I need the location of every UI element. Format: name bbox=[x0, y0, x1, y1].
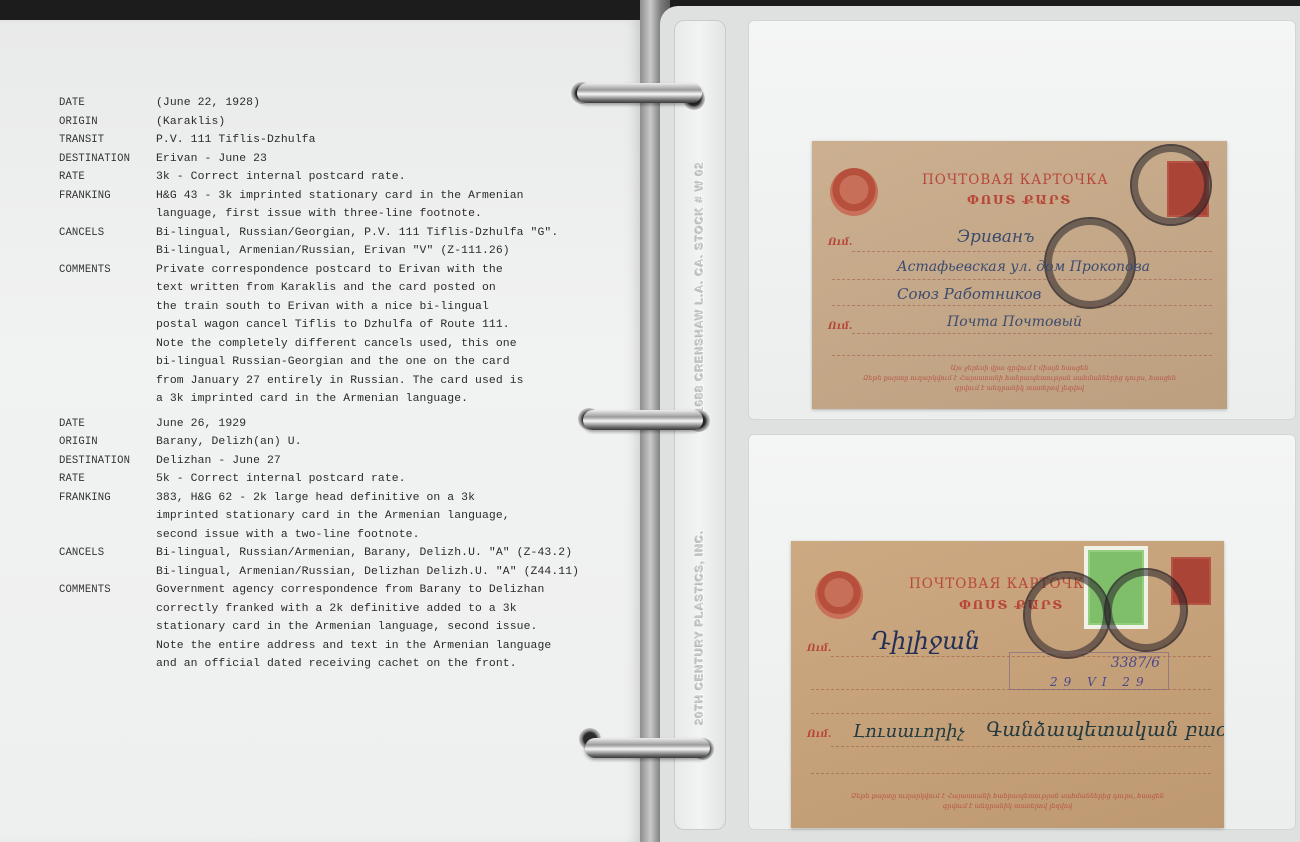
card-title-russian: ПОЧТОВАЯ КАРТОЧКА bbox=[922, 172, 1109, 188]
address-line bbox=[811, 713, 1211, 714]
postmark-tiflis-dzhulfa bbox=[1130, 144, 1212, 226]
field-value: Government agency correspondence from Ba… bbox=[156, 581, 619, 674]
field-label: ORIGIN bbox=[59, 113, 156, 132]
handwritten-address: Эриванъ bbox=[957, 227, 1034, 247]
field-value: 383, H&G 62 - 2k large head definitive o… bbox=[156, 489, 619, 545]
address-line bbox=[852, 251, 1212, 252]
field-label: FRANKING bbox=[59, 187, 156, 224]
card-footnote: Ձեթե քարտը ուղարկվում է Հայաստանի հանրապ… bbox=[791, 791, 1224, 811]
writeup-field-comments: COMMENTSPrivate correspondence postcard … bbox=[59, 261, 619, 409]
writeup-entry: DATE(June 22, 1928)ORIGIN(Karaklis)TRANS… bbox=[59, 94, 619, 409]
writeup-field-cancels: CANCELSBi-lingual, Russian/Armenian, Bar… bbox=[59, 544, 619, 581]
writeup-field-date: DATE(June 22, 1928) bbox=[59, 94, 619, 113]
writeup-field-transit: TRANSITP.V. 111 Tiflis-Dzhulfa bbox=[59, 131, 619, 150]
binder-ring-bottom[interactable] bbox=[585, 738, 710, 758]
field-value: Private correspondence postcard to Eriva… bbox=[156, 261, 619, 409]
writeup-field-franking: FRANKINGH&G 43 - 3k imprinted stationary… bbox=[59, 187, 619, 224]
field-label-from: Ում. bbox=[807, 729, 831, 740]
cachet-date: 29 VI 29 bbox=[1050, 675, 1150, 689]
field-label-from: Ում. bbox=[828, 321, 852, 332]
field-value: (June 22, 1928) bbox=[156, 94, 619, 113]
writeup-entry: DATEJune 26, 1929ORIGINBarany, Delizh(an… bbox=[59, 415, 619, 674]
sleeve-imprint-bottom: 20TH CENTURY PLASTICS, INC. bbox=[694, 529, 706, 724]
field-value: Bi-lingual, Russian/Armenian, Barany, De… bbox=[156, 544, 619, 581]
field-value: June 26, 1929 bbox=[156, 415, 619, 434]
field-label: CANCELS bbox=[59, 544, 156, 581]
handwritten-sender: Почта Почтовый bbox=[947, 314, 1082, 330]
field-value: Bi-lingual, Russian/Georgian, P.V. 111 T… bbox=[156, 224, 619, 261]
field-label: FRANKING bbox=[59, 489, 156, 545]
writeup-field-origin: ORIGIN(Karaklis) bbox=[59, 113, 619, 132]
address-line bbox=[852, 333, 1212, 334]
handwritten-address: Астафьевская ул. дом Прокопова bbox=[897, 259, 1150, 275]
writeup-field-destination: DESTINATIONErivan - June 23 bbox=[59, 150, 619, 169]
writeup-field-rate: RATE3k - Correct internal postcard rate. bbox=[59, 168, 619, 187]
writeup-field-rate: RATE5k - Correct internal postcard rate. bbox=[59, 470, 619, 489]
postmark-delizhan bbox=[1023, 571, 1111, 659]
receiving-cachet: 3387/6 29 VI 29 bbox=[1009, 652, 1169, 690]
writeup-field-date: DATEJune 26, 1929 bbox=[59, 415, 619, 434]
card-title-armenian: ՓՈՍՏ ՔԱՐՏ bbox=[967, 192, 1072, 207]
field-label: RATE bbox=[59, 168, 156, 187]
address-line bbox=[832, 355, 1212, 356]
field-value: P.V. 111 Tiflis-Dzhulfa bbox=[156, 131, 619, 150]
field-value: Erivan - June 23 bbox=[156, 150, 619, 169]
handwritten-address: Союз Работников bbox=[897, 285, 1041, 303]
address-line bbox=[832, 305, 1212, 306]
writeup-text: DATE(June 22, 1928)ORIGIN(Karaklis)TRANS… bbox=[59, 94, 619, 680]
field-label: ORIGIN bbox=[59, 433, 156, 452]
writeup-page: DATE(June 22, 1928)ORIGIN(Karaklis)TRANS… bbox=[0, 20, 640, 842]
handwritten-sender: Գանձապետական բաժ bbox=[986, 717, 1224, 741]
ussr-emblem-icon bbox=[830, 168, 878, 216]
field-label: RATE bbox=[59, 470, 156, 489]
writeup-field-franking: FRANKING383, H&G 62 - 2k large head defi… bbox=[59, 489, 619, 545]
field-label: CANCELS bbox=[59, 224, 156, 261]
field-label-to: Ում. bbox=[807, 643, 831, 654]
field-value: (Karaklis) bbox=[156, 113, 619, 132]
field-label: DATE bbox=[59, 94, 156, 113]
binder-ring-top[interactable] bbox=[577, 83, 702, 103]
address-line bbox=[832, 279, 1212, 280]
binder-ring-middle[interactable] bbox=[583, 410, 703, 430]
field-value: H&G 43 - 3k imprinted stationary card in… bbox=[156, 187, 619, 224]
postmark-barany bbox=[1104, 568, 1188, 652]
handwritten-sender: Լուսաւորիչ bbox=[853, 721, 964, 742]
writeup-field-destination: DESTINATIONDelizhan - June 27 bbox=[59, 452, 619, 471]
postcard-1928[interactable]: ПОЧТОВАЯ КАРТОЧКА ՓՈՍՏ ՔԱՐՏ Ում. Ում. Эр… bbox=[812, 141, 1227, 409]
cachet-number: 3387/6 bbox=[1111, 655, 1160, 671]
field-value: Barany, Delizh(an) U. bbox=[156, 433, 619, 452]
field-label: DESTINATION bbox=[59, 150, 156, 169]
field-label-to: Ում. bbox=[828, 237, 852, 248]
field-label: COMMENTS bbox=[59, 581, 156, 674]
ussr-emblem-icon bbox=[815, 571, 863, 619]
field-value: 3k - Correct internal postcard rate. bbox=[156, 168, 619, 187]
writeup-field-origin: ORIGINBarany, Delizh(an) U. bbox=[59, 433, 619, 452]
field-label: COMMENTS bbox=[59, 261, 156, 409]
field-label: DESTINATION bbox=[59, 452, 156, 471]
field-label: TRANSIT bbox=[59, 131, 156, 150]
sleeve-imprint-top: 1688 CRENSHAW L.A. CA. STOCK # W 02 bbox=[694, 161, 706, 413]
address-line bbox=[831, 746, 1211, 747]
handwritten-address: Դիլիջան bbox=[871, 627, 980, 655]
card-footnote: Այս ջերեսի վրա գրվում է միայն հասցեն Ձեթ… bbox=[812, 363, 1227, 393]
writeup-field-comments: COMMENTSGovernment agency correspondence… bbox=[59, 581, 619, 674]
postcard-1929[interactable]: ПОЧТОВАЯ КАРТОЧКА ՓՈՍՏ ՔԱՐՏ Ում. Ում. 33… bbox=[791, 541, 1224, 828]
field-value: Delizhan - June 27 bbox=[156, 452, 619, 471]
address-line bbox=[811, 773, 1211, 774]
field-value: 5k - Correct internal postcard rate. bbox=[156, 470, 619, 489]
writeup-field-cancels: CANCELSBi-lingual, Russian/Georgian, P.V… bbox=[59, 224, 619, 261]
field-label: DATE bbox=[59, 415, 156, 434]
